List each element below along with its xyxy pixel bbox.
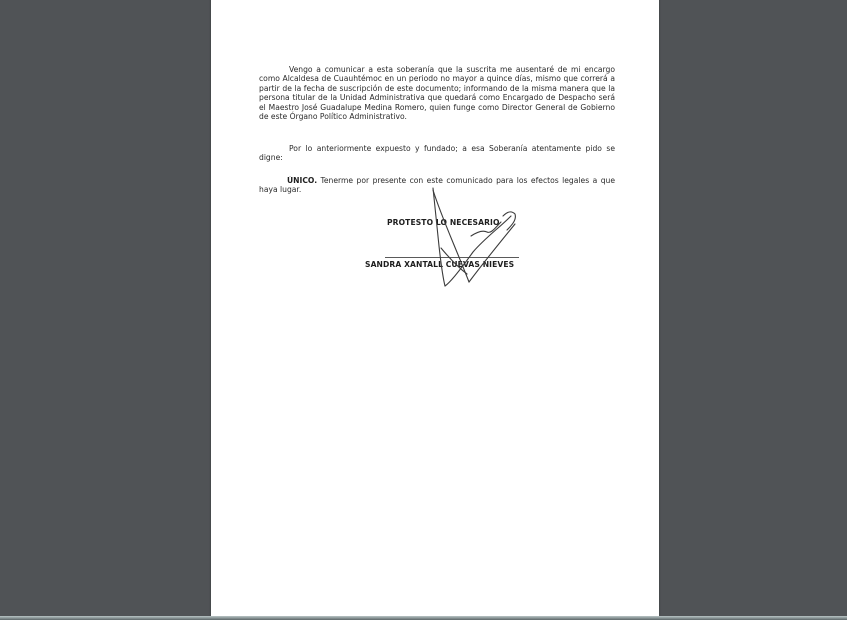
paragraph-unico: ÚNICO. Tenerme por presente con este com… <box>259 176 615 195</box>
handwritten-signature-icon <box>411 186 531 296</box>
paragraph-request: Por lo anteriormente expuesto y fundado;… <box>259 144 615 163</box>
signature-line <box>385 257 519 258</box>
closing-phrase: PROTESTO LO NECESARIO <box>387 218 500 227</box>
document-viewer: Vengo a comunicar a esta soberanía que l… <box>0 0 847 620</box>
document-page: Vengo a comunicar a esta soberanía que l… <box>211 0 659 616</box>
page-bottom-edge <box>0 616 847 620</box>
unico-label: ÚNICO. <box>287 176 317 185</box>
signer-name: SANDRA XANTALL CUEVAS NIEVES <box>365 260 514 269</box>
paragraph-notice: Vengo a comunicar a esta soberanía que l… <box>259 65 615 121</box>
